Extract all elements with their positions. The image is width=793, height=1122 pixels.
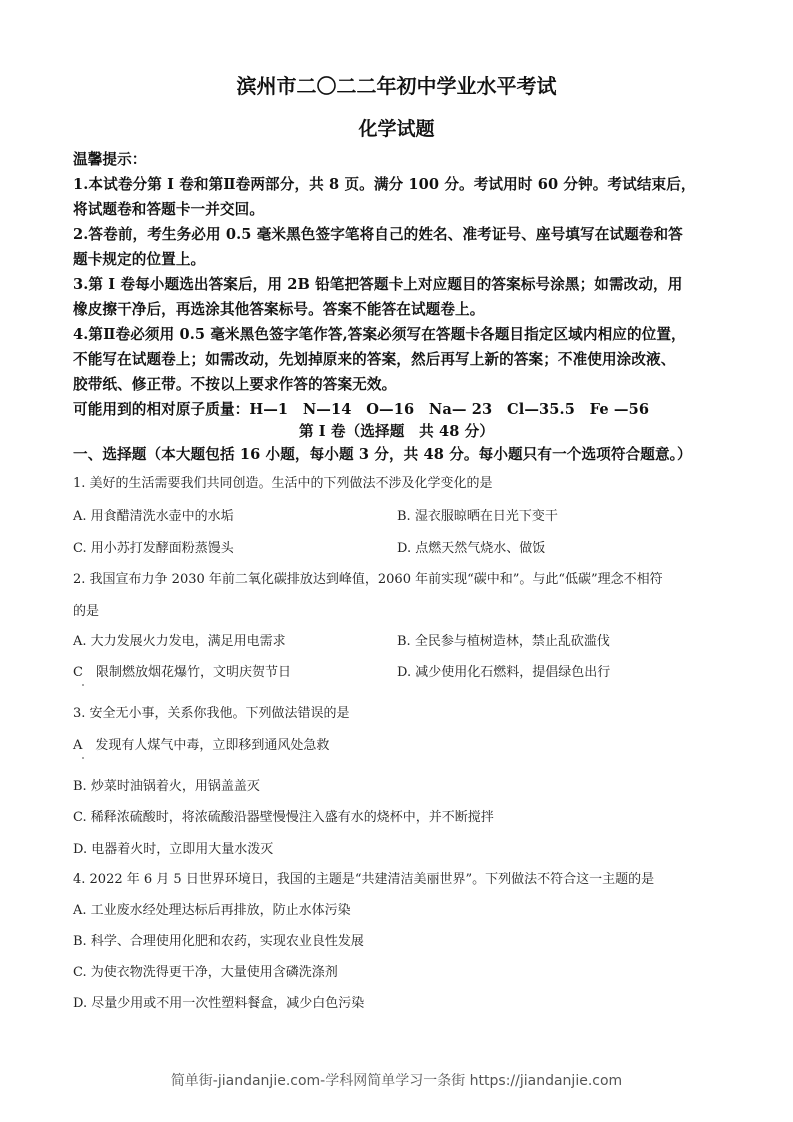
watermark-footer: 简单街-jiandanjie.com-学科网简单学习一条街 https://ji… <box>0 1070 793 1090</box>
section-title: 第 I 卷（选择题 共 48 分） <box>0 420 793 441</box>
notice-line: 1.本试卷分第 I 卷和第Ⅱ卷两部分，共 8 页。满分 100 分。考试用时 6… <box>73 173 696 194</box>
question-stem-continued: 的是 <box>73 600 99 619</box>
notice-line: 3.第 I 卷每小题选出答案后，用 2B 铅笔把答题卡上对应题目的答案标号涂黑；… <box>73 273 682 294</box>
option-b: B. 全民参与植树造林，禁止乱砍滥伐 <box>397 630 610 649</box>
notice-line: 题卡规定的位置上。 <box>73 248 205 269</box>
option-a: A. 大力发展火力发电，满足用电需求 <box>73 630 286 649</box>
stray-mark <box>82 757 84 759</box>
notice-heading: 温馨提示： <box>73 148 146 169</box>
question-stem: 1. 美好的生活需要我们共同创造。生活中的下列做法不涉及化学变化的是 <box>73 472 493 491</box>
option-d: D. 尽量少用或不用一次性塑料餐盒，减少白色污染 <box>73 992 364 1011</box>
option-c: C. 稀释浓硫酸时，将浓硫酸沿器壁慢慢注入盛有水的烧杯中，并不断搅拌 <box>73 806 494 825</box>
option-d: D. 电器着火时，立即用大量水泼灭 <box>73 838 273 857</box>
option-c: C. 为使衣物洗得更干净，大量使用含磷洗涤剂 <box>73 961 338 980</box>
exam-page: 滨州市二〇二二年初中学业水平考试 化学试题 温馨提示： 1.本试卷分第 I 卷和… <box>0 0 793 1122</box>
option-b: B. 科学、合理使用化肥和农药，实现农业良性发展 <box>73 930 364 949</box>
section-instruction: 一、选择题（本大题包括 16 小题，每小题 3 分，共 48 分。每小题只有一个… <box>73 443 692 464</box>
notice-line: 2.答卷前，考生务必用 0.5 毫米黑色签字笔将自己的姓名、准考证号、座号填写在… <box>73 223 683 244</box>
option-a: A. 工业废水经处理达标后再排放，防止水体污染 <box>73 899 351 918</box>
option-a: A 发现有人煤气中毒，立即移到通风处急救 <box>73 734 329 753</box>
question-stem: 3. 安全无小事，关系你我他。下列做法错误的是 <box>73 702 350 721</box>
option-c: C. 用小苏打发酵面粉蒸馒头 <box>73 537 234 556</box>
option-d: D. 点燃天然气烧水、做饭 <box>397 537 545 556</box>
option-c: C 限制燃放烟花爆竹，文明庆贺节日 <box>73 661 291 680</box>
option-b: B. 湿衣服晾晒在日光下变干 <box>397 505 558 524</box>
notice-line: 将试题卷和答题卡一并交回。 <box>73 198 264 219</box>
notice-line: 橡皮擦干净后，再选涂其他答案标号。答案不能答在试题卷上。 <box>73 298 484 319</box>
option-a: A. 用食醋清洗水壶中的水垢 <box>73 505 234 524</box>
notice-line: 胶带纸、修正带。不按以上要求作答的答案无效。 <box>73 373 396 394</box>
option-d: D. 减少使用化石燃料，提倡绿色出行 <box>397 661 610 680</box>
question-stem: 4. 2022 年 6 月 5 日世界环境日，我国的主题是“共建清洁美丽世界”。… <box>73 868 654 887</box>
notice-line: 4.第Ⅱ卷必须用 0.5 毫米黑色签字笔作答,答案必须写在答题卡各题目指定区域内… <box>73 323 686 344</box>
atomic-masses: 可能用到的相对原子质量：H—1 N—14 O—16 Na— 23 Cl—35.5… <box>73 398 649 419</box>
stray-mark <box>82 684 84 686</box>
exam-subtitle: 化学试题 <box>0 114 793 141</box>
option-b: B. 炒菜时油锅着火，用锅盖盖灭 <box>73 775 260 794</box>
question-stem: 2. 我国宣布力争 2030 年前二氧化碳排放达到峰值，2060 年前实现“碳中… <box>73 568 663 587</box>
exam-title: 滨州市二〇二二年初中学业水平考试 <box>0 70 793 99</box>
notice-line: 不能写在试题卷上；如需改动，先划掉原来的答案，然后再写上新的答案；不准使用涂改液… <box>73 348 675 369</box>
